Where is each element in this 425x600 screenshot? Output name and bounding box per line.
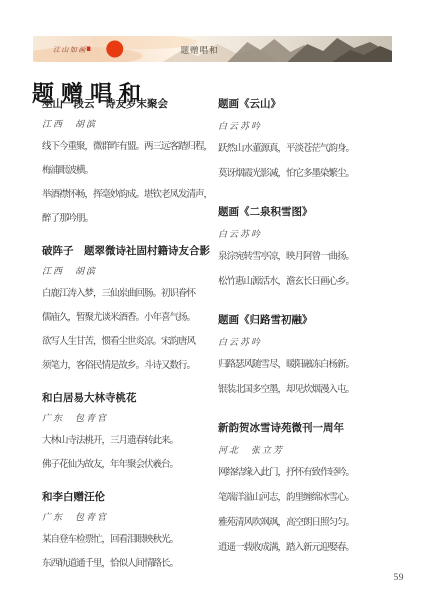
poem: 题画《云山》 白云苏吟 跃然山水董源真，平淡苍茫气韵身。 莫讶烟霞光影减，怕它多…	[218, 97, 398, 187]
column-left: 巫山一段云 诗友岁末聚会 江西 胡滨 线下今重聚，微群昨有盟。两三远客踏归程， …	[42, 97, 214, 589]
poem-author: 广东 包青官	[42, 412, 214, 425]
poem-title: 题画《归路雪初融》	[218, 313, 398, 327]
verse-line: 梅浦眼波横。	[42, 159, 214, 183]
verse-line: 松竹惠山源活水，澹玄长日画心乡。	[218, 270, 398, 295]
verse-line: 佛子花仙为故友，年年聚会伏羲台。	[42, 453, 214, 477]
poem-author: 江西 胡滨	[42, 265, 214, 278]
page-number: 59	[394, 573, 405, 583]
banner-calligraphy: 江山如画	[53, 46, 87, 54]
poem: 新韵贺冰雪诗苑微刊一周年 河北 张立芳 网络结缘入此门，抒怀有致作轻吟。 笔端洋…	[218, 421, 398, 561]
poem: 巫山一段云 诗友岁末聚会 江西 胡滨 线下今重聚，微群昨有盟。两三远客踏归程， …	[42, 97, 214, 231]
banner-title: 题赠唱和	[181, 45, 219, 55]
verse-line: 举酒襟怀畅，挥毫妙韵成。堪钦老凤发清声，	[42, 183, 214, 207]
landscape-painting: 江山如画 题赠唱和	[33, 36, 392, 62]
verse-line: 某自登车检票忙，回看泪眼映秋光。	[42, 528, 214, 552]
verse-line: 银装北国多空墨，却见炊烟漫入屯。	[218, 378, 398, 403]
poem: 和白居易大林寺桃花 广东 包青官 大林山寺法桃开，三月遗春转此来。 佛子花仙为故…	[42, 391, 214, 477]
verse-line: 泉淙宛转雪亭凉，映月阿曾一曲扬。	[218, 245, 398, 270]
verse-line: 大林山寺法桃开，三月遗春转此来。	[42, 429, 214, 453]
poem: 破阵子 题翠微诗社固村籍诗友合影 江西 胡滨 白鹿江涛入梦，三仙岽曲回肠。初识眷…	[42, 244, 214, 378]
poem: 题画《二泉积雪图》 白云苏吟 泉淙宛转雪亭凉，映月阿曾一曲扬。 松竹惠山源活水，…	[218, 205, 398, 295]
poem: 和李白赠汪伦 广东 包青官 某自登车检票忙，回看泪眼映秋光。 东西轨道通千里，恰…	[42, 490, 214, 576]
poem-title: 题画《二泉积雪图》	[218, 205, 398, 219]
verse-line: 东西轨道通千里，恰似人间情路长。	[42, 552, 214, 576]
poem-author: 江西 胡滨	[42, 118, 214, 131]
verse-line: 线下今重聚，微群昨有盟。两三远客踏归程，	[42, 135, 214, 159]
book-page: 江山如画 题赠唱和 题赠唱和 巫山一段云 诗友岁末聚会 江西 胡滨 线下今重聚，…	[0, 0, 425, 600]
verse-line: 跃然山水董源真，平淡苍茫气韵身。	[218, 137, 398, 162]
poem-title: 破阵子 题翠微诗社固村籍诗友合影	[42, 244, 214, 258]
poem-author: 河北 张立芳	[218, 444, 398, 457]
verse-line: 白鹿江涛入梦，三仙岽曲回肠。初识眷怀	[42, 282, 214, 306]
verse-line: 雅苑清风吹飒飒，高空朗日照匀匀。	[218, 511, 398, 536]
verse-line: 须笔力，客俗民情是故乡。斗诗又数行。	[42, 354, 214, 378]
poem-author: 白云苏吟	[218, 228, 398, 241]
verse-line: 逍遥一载收成满，踏入新元迎娶春。	[218, 536, 398, 561]
poem-title: 和白居易大林寺桃花	[42, 391, 214, 405]
poem-author: 广东 包青官	[42, 511, 214, 524]
verse-line: 儒庙久，暂聚尤谈米酒香。小年喜气扬。	[42, 306, 214, 330]
verse-line: 醉了那吟朋。	[42, 207, 214, 231]
poem: 题画《归路雪初融》 白云苏吟 归路瑟风随雪尽，暖阳融冻白杨新。 银装北国多空墨，…	[218, 313, 398, 403]
poem-title: 新韵贺冰雪诗苑微刊一周年	[218, 421, 398, 435]
poem-title: 和李白赠汪伦	[42, 490, 214, 504]
sun-icon	[106, 41, 123, 58]
verse-line: 归路瑟风随雪尽，暖阳融冻白杨新。	[218, 353, 398, 378]
column-right: 题画《云山》 白云苏吟 跃然山水董源真，平淡苍茫气韵身。 莫讶烟霞光影减，怕它多…	[218, 97, 398, 579]
poem-title: 题画《云山》	[218, 97, 398, 111]
verse-line: 笔端洋溢山河志，韵里缠绵冰雪心。	[218, 486, 398, 511]
seal-icon	[87, 47, 90, 52]
poem-author: 白云苏吟	[218, 120, 398, 133]
poem-title: 巫山一段云 诗友岁末聚会	[42, 97, 214, 111]
header-banner: 江山如画 题赠唱和	[33, 36, 392, 62]
verse-line: 欲写人生甘苦，惯看尘世炎凉。宋韵唐风	[42, 330, 214, 354]
verse-line: 莫讶烟霞光影减，怕它多墨染繁尘。	[218, 162, 398, 187]
poem-author: 白云苏吟	[218, 336, 398, 349]
verse-line: 网络结缘入此门，抒怀有致作轻吟。	[218, 461, 398, 486]
